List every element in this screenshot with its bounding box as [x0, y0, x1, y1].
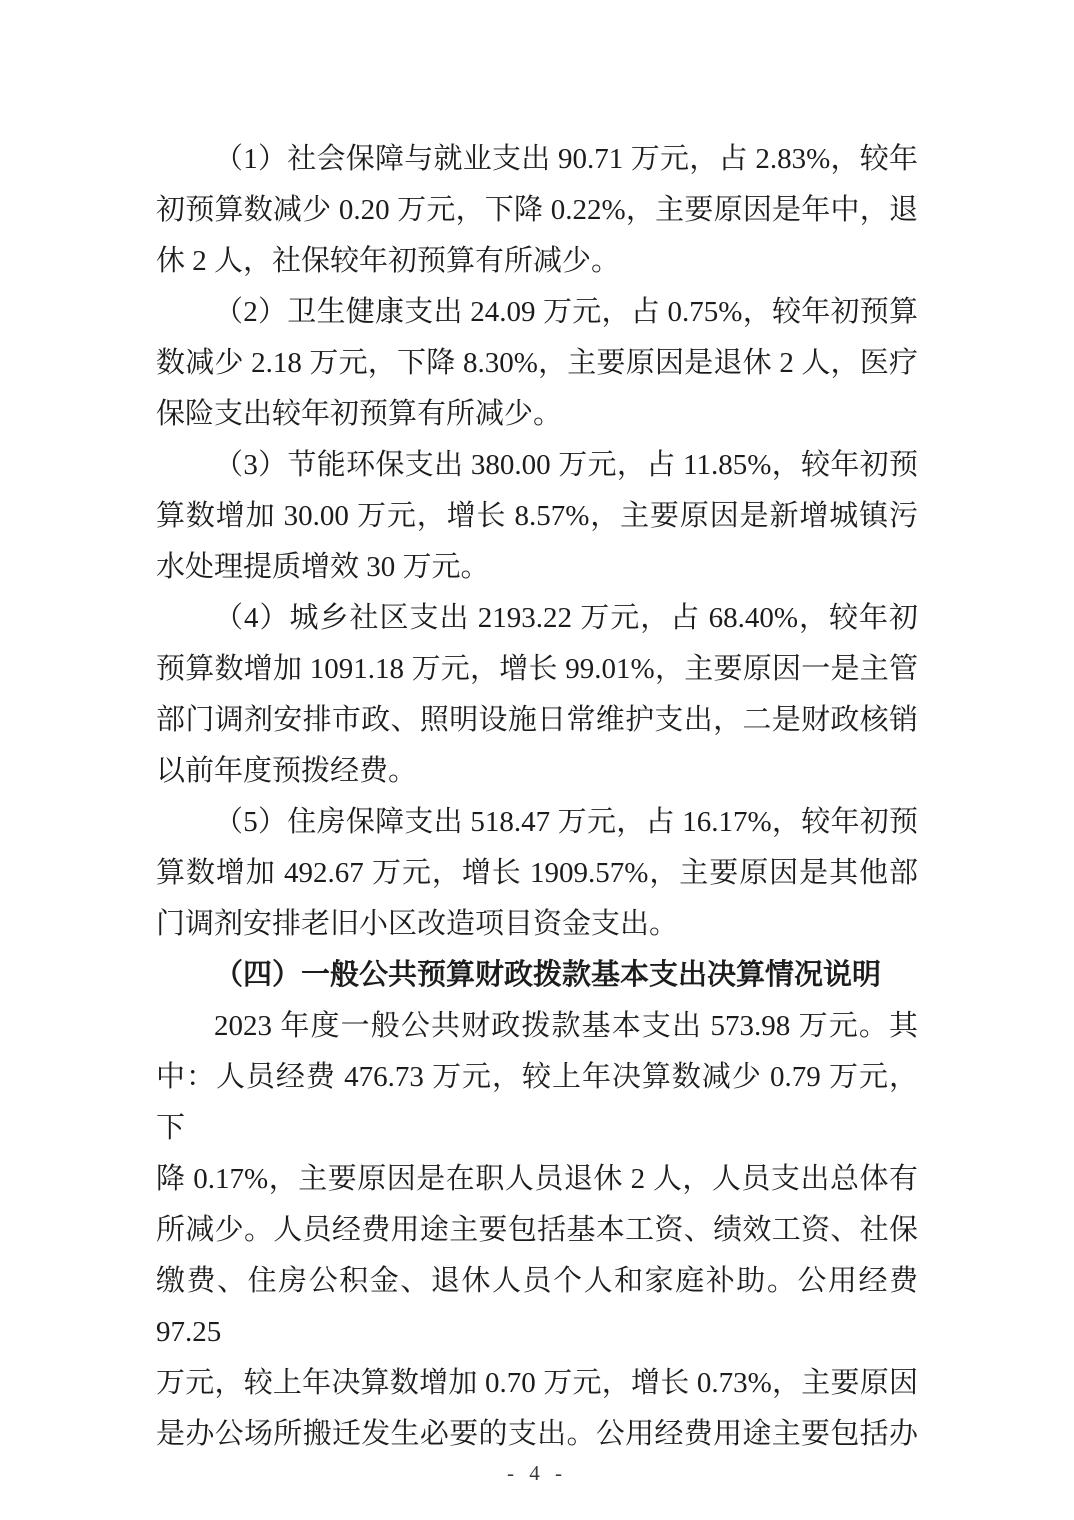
text-line: （四）一般公共预算财政拨款基本支出决算情况说明	[156, 950, 918, 1001]
text-line: （3）节能环保支出 380.00 万元，占 11.85%，较年初预	[156, 440, 918, 491]
text-line: 保险支出较年初预算有所减少。	[156, 389, 918, 440]
text-line: （1）社会保障与就业支出 90.71 万元，占 2.83%，较年	[156, 134, 918, 185]
text-line: 门调剂安排老旧小区改造项目资金支出。	[156, 899, 918, 950]
page-number: - 4 -	[0, 1458, 1074, 1488]
text-line: 以前年度预拨经费。	[156, 746, 918, 797]
text-line: 休 2 人，社保较年初预算有所减少。	[156, 236, 918, 287]
paragraph: （3）节能环保支出 380.00 万元，占 11.85%，较年初预算数增加 30…	[156, 440, 918, 593]
text-line: （5）住房保障支出 518.47 万元，占 16.17%，较年初预	[156, 797, 918, 848]
text-line: 缴费、住房公积金、退休人员个人和家庭补助。公用经费 97.25	[156, 1256, 918, 1358]
paragraph: （2）卫生健康支出 24.09 万元，占 0.75%，较年初预算数减少 2.18…	[156, 287, 918, 440]
text-line: （2）卫生健康支出 24.09 万元，占 0.75%，较年初预算	[156, 287, 918, 338]
text-line: 水处理提质增效 30 万元。	[156, 542, 918, 593]
text-line: （4）城乡社区支出 2193.22 万元，占 68.40%，较年初	[156, 593, 918, 644]
text-line: 是办公场所搬迁发生必要的支出。公用经费用途主要包括办	[156, 1409, 918, 1460]
section-heading: （四）一般公共预算财政拨款基本支出决算情况说明	[156, 950, 918, 1001]
text-line: 预算数增加 1091.18 万元，增长 99.01%，主要原因一是主管	[156, 644, 918, 695]
text-line: 中：人员经费 476.73 万元，较上年决算数减少 0.79 万元，下	[156, 1052, 918, 1154]
text-line: 部门调剂安排市政、照明设施日常维护支出，二是财政核销	[156, 695, 918, 746]
paragraph: （5）住房保障支出 518.47 万元，占 16.17%，较年初预算数增加 49…	[156, 797, 918, 950]
text-line: 2023 年度一般公共财政拨款基本支出 573.98 万元。其	[156, 1001, 918, 1052]
paragraph: （1）社会保障与就业支出 90.71 万元，占 2.83%，较年初预算数减少 0…	[156, 134, 918, 287]
paragraphs: （1）社会保障与就业支出 90.71 万元，占 2.83%，较年初预算数减少 0…	[156, 134, 918, 1460]
text-line: 算数增加 492.67 万元，增长 1909.57%，主要原因是其他部	[156, 848, 918, 899]
text-line: 所减少。人员经费用途主要包括基本工资、绩效工资、社保	[156, 1205, 918, 1256]
paragraph: （4）城乡社区支出 2193.22 万元，占 68.40%，较年初预算数增加 1…	[156, 593, 918, 797]
document-page: （1）社会保障与就业支出 90.71 万元，占 2.83%，较年初预算数减少 0…	[0, 0, 1074, 1520]
paragraph: 2023 年度一般公共财政拨款基本支出 573.98 万元。其中：人员经费 47…	[156, 1001, 918, 1460]
text-line: 数减少 2.18 万元，下降 8.30%，主要原因是退休 2 人，医疗	[156, 338, 918, 389]
text-line: 初预算数减少 0.20 万元，下降 0.22%，主要原因是年中，退	[156, 185, 918, 236]
text-line: 降 0.17%，主要原因是在职人员退休 2 人，人员支出总体有	[156, 1154, 918, 1205]
text-line: 万元，较上年决算数增加 0.70 万元，增长 0.73%，主要原因	[156, 1358, 918, 1409]
text-line: 算数增加 30.00 万元，增长 8.57%，主要原因是新增城镇污	[156, 491, 918, 542]
